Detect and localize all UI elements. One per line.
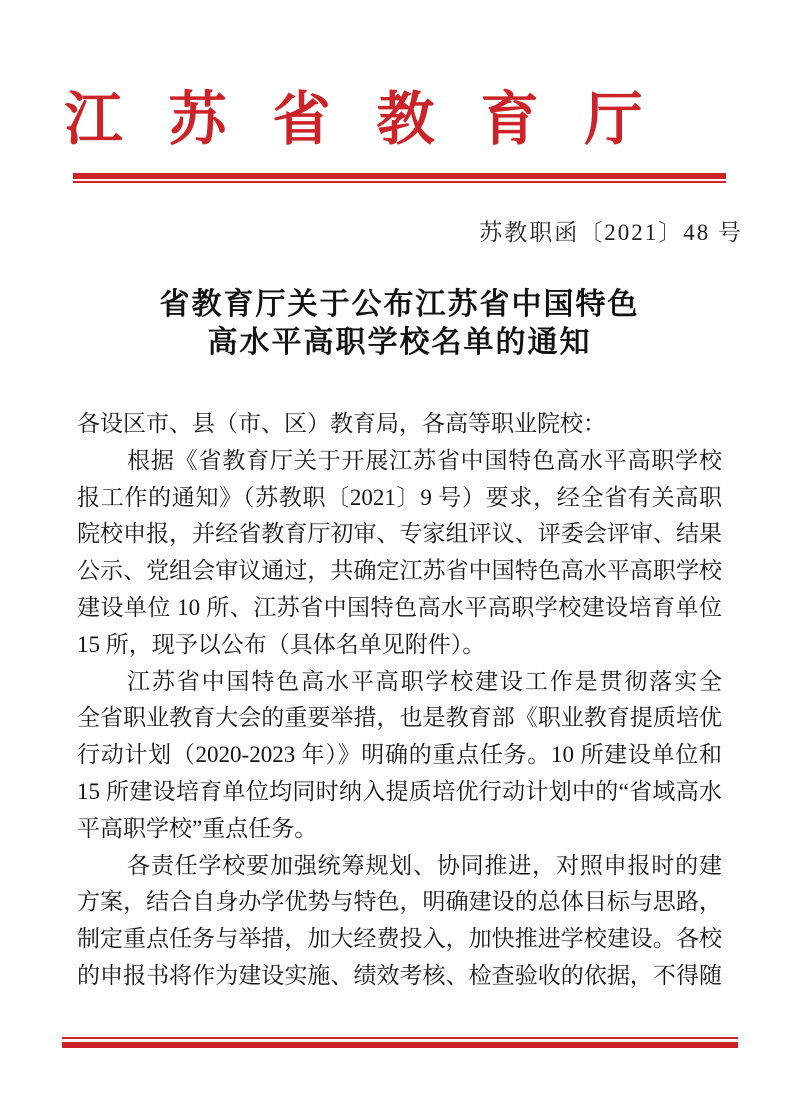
body-line: 全省职业教育大会的重要举措，也是教育部《职业教育提质培优 bbox=[77, 700, 722, 737]
body-line: 院校申报，并经省教育厅初审、专家组评议、评委会评审、结果 bbox=[77, 516, 722, 553]
document-number: 苏教职函〔2021〕48 号 bbox=[479, 217, 743, 249]
letterhead-agency-title: 江苏省教育厅 bbox=[0, 84, 776, 156]
body-line: 平高职学校”重点任务。 bbox=[77, 811, 722, 848]
body-line: 各责任学校要加强统筹规划、协同推进，对照申报时的建设 bbox=[77, 848, 722, 885]
body-line: 建设单位 10 所、江苏省中国特色高水平高职学校建设培育单位 bbox=[77, 590, 722, 627]
body-line: 15 所，现予以公布（具体名单见附件）。 bbox=[77, 627, 722, 664]
header-divider-thin-line bbox=[73, 181, 726, 183]
document-body: 各设区市、县（市、区）教育局，各高等职业院校：根据《省教育厅关于开展江苏省中国特… bbox=[77, 406, 722, 995]
footer-divider-thick-line bbox=[62, 1042, 738, 1048]
official-document-page: 江苏省教育厅 苏教职函〔2021〕48 号 省教育厅关于公布江苏省中国特色 高水… bbox=[0, 0, 799, 1116]
body-line: 根据《省教育厅关于开展江苏省中国特色高水平高职学校申 bbox=[77, 443, 722, 480]
notice-title-line-2: 高水平高职学校名单的通知 bbox=[0, 324, 799, 362]
footer-divider bbox=[62, 1037, 738, 1048]
body-line: 的申报书将作为建设实施、绩效考核、检查验收的依据，不得随 bbox=[77, 958, 722, 995]
body-line: 制定重点任务与举措，加大经费投入，加快推进学校建设。各校 bbox=[77, 921, 722, 958]
body-line: 行动计划（2020-2023 年）》明确的重点任务。10 所建设单位和 bbox=[77, 737, 722, 774]
body-line: 方案，结合自身办学优势与特色，明确建设的总体目标与思路， bbox=[77, 884, 722, 921]
body-line: 报工作的通知》（苏教职〔2021〕9 号）要求，经全省有关高职 bbox=[77, 480, 722, 517]
notice-title: 省教育厅关于公布江苏省中国特色 高水平高职学校名单的通知 bbox=[0, 286, 799, 361]
body-line: 15 所建设培育单位均同时纳入提质培优行动计划中的“省域高水 bbox=[77, 774, 722, 811]
header-divider bbox=[73, 173, 726, 183]
body-line: 公示、党组会审议通过，共确定江苏省中国特色高水平高职学校 bbox=[77, 553, 722, 590]
body-line: 各设区市、县（市、区）教育局，各高等职业院校： bbox=[77, 406, 722, 443]
notice-title-line-1: 省教育厅关于公布江苏省中国特色 bbox=[0, 286, 799, 324]
body-line: 江苏省中国特色高水平高职学校建设工作是贯彻落实全国、 bbox=[77, 664, 722, 701]
